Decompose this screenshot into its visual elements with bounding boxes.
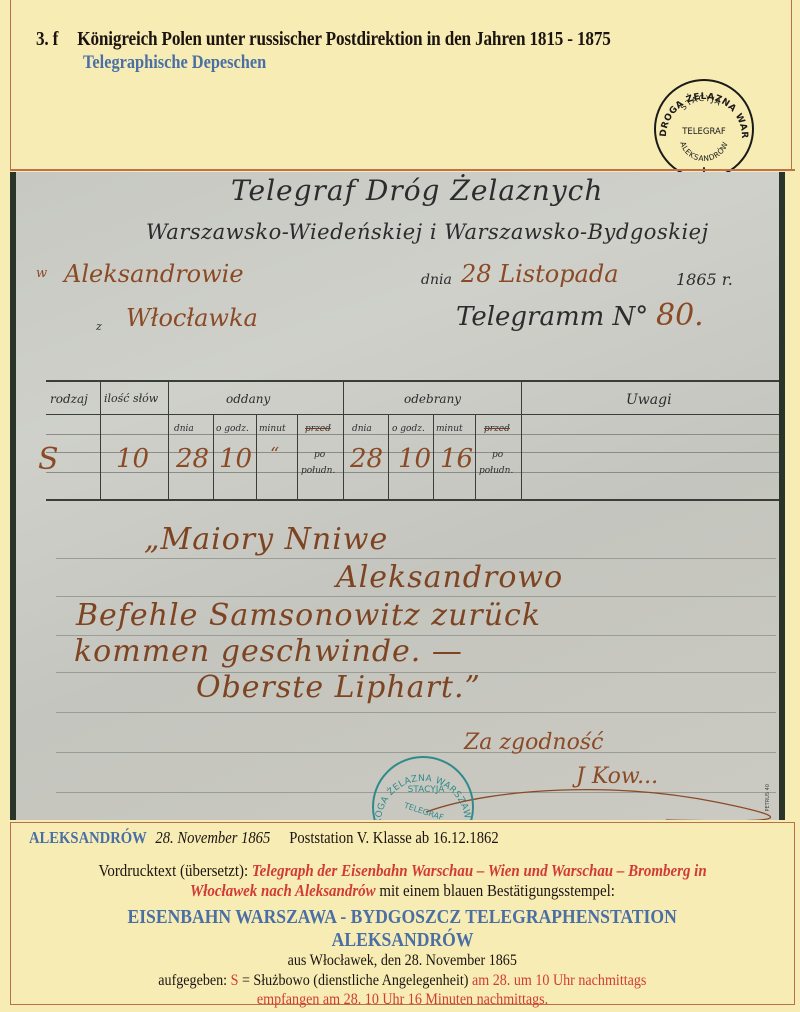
top-divider	[10, 169, 795, 171]
place-handwritten: Aleksandrowie	[64, 260, 244, 288]
col-odebrany: odebrany	[404, 392, 461, 406]
stamp-transcription-2: ALEKSANDRÓW	[11, 929, 794, 952]
sub-godz-2: o godz.	[392, 424, 425, 434]
col-rodzaj: rodzaj	[50, 392, 88, 406]
blue-stamp-center: TELEGRAF	[402, 801, 445, 820]
vordruck-label: Vordrucktext (übersetzt):	[98, 861, 248, 880]
val-ilosc-slow: 10	[116, 444, 149, 474]
col-uwagi: Uwagi	[626, 392, 672, 408]
sub-dnia-2: dnia	[352, 424, 372, 434]
post-station: Poststation V. Klasse ab 16.12.1862	[289, 828, 498, 847]
vordruck-tail: mit einem blauen Bestätigungsstempel:	[376, 881, 615, 900]
blue-stamp-inner: STACYJA	[408, 785, 446, 795]
confirmation-text: Za zgodność	[464, 730, 603, 755]
printer-mark: PETRUS 40	[765, 784, 771, 812]
sub-po-2: po	[492, 450, 503, 460]
val-rodzaj: S	[38, 442, 59, 477]
stamp-center: TELEGRAF	[681, 127, 726, 137]
sub-godz-1: o godz.	[216, 424, 249, 434]
val-oddany-minut: “	[270, 444, 279, 465]
location: ALEKSANDRÓW	[29, 828, 147, 847]
col-ilosc-slow: ilość słów	[104, 392, 158, 405]
description-header: ALEKSANDRÓW28. November 1865Poststation …	[29, 828, 499, 848]
telegram-number-label: Telegramm N°	[456, 302, 648, 332]
from-handwritten: Włocławka	[126, 304, 258, 332]
type-description: = Służbowo (dienstliche Angelegenheit)	[239, 972, 473, 989]
origin-line: aus Włocławek, den 28. November 1865	[11, 952, 794, 970]
place-prefix: w	[36, 266, 47, 281]
vordruck-translation-2: Włocławek nach Aleksandrów	[190, 881, 376, 900]
col-oddany: oddany	[226, 392, 270, 406]
album-page: 3. fKönigreich Polen unter russischer Po…	[0, 0, 800, 1012]
sub-przed-1: przed	[305, 424, 331, 434]
sub-po-1: po	[314, 450, 325, 460]
svg-text:ALEKSANDRÓW: ALEKSANDRÓW	[678, 140, 730, 163]
date-handwritten: 28 Listopada	[461, 260, 619, 288]
val-oddany-godz: 10	[219, 444, 252, 474]
sub-minut-2: minut	[436, 424, 463, 434]
empfangen-line: empfangen am 28. 10 Uhr 16 Minuten nachm…	[11, 991, 794, 1009]
vordruck-translation-1: Telegraph der Eisenbahn Warschau – Wien …	[252, 861, 707, 880]
val-oddany-dnia: 28	[176, 444, 209, 474]
aufgegeben-time: am 28. um 10 Uhr nachmittags	[472, 972, 646, 989]
from-prefix: z	[96, 320, 102, 333]
description-panel: ALEKSANDRÓW28. November 1865Poststation …	[10, 822, 795, 1005]
val-odebrany-minut: 16	[440, 444, 473, 474]
sub-minut-1: minut	[259, 424, 286, 434]
message-line-3: Befehle Samsonowitz zurück	[76, 598, 541, 633]
val-odebrany-dnia: 28	[350, 444, 383, 474]
telegram-number: 80.	[656, 298, 704, 333]
message-line-2: Aleksandrowo	[336, 560, 563, 595]
sub-poludn-1: połudn.	[301, 466, 335, 476]
stamp-transcription-1: EISENBAHN WARSZAWA - BYDGOSZCZ TELEGRAPH…	[11, 906, 794, 929]
title-text: Königreich Polen unter russischer Postdi…	[77, 28, 610, 50]
form-printed-title: Telegraf Dróg Żelaznych	[231, 174, 603, 207]
year: 1865 r.	[676, 270, 733, 289]
form-printed-subtitle: Warszawsko-Wiedeńskiej i Warszawsko-Bydg…	[146, 220, 709, 244]
page-title: 3. fKönigreich Polen unter russischer Po…	[36, 28, 611, 51]
sub-dnia-1: dnia	[174, 424, 194, 434]
cancel-date: 28. November 1865	[155, 828, 270, 847]
date-label: dnia	[421, 272, 452, 288]
stamp-inner-bottom: ALEKSANDRÓW	[678, 140, 730, 163]
section-number: 3. f	[36, 28, 77, 51]
telegram-form: Telegraf Dróg Żelaznych Warszawsko-Wiede…	[10, 172, 785, 820]
val-odebrany-godz: 10	[398, 444, 431, 474]
telegraph-stamp-blue: DROGA ŻELAZNA WARSZAWSKO-B STACYJA TELEG…	[368, 752, 478, 820]
page-subtitle: Telegraphische Depeschen	[83, 52, 266, 74]
message-line-4: kommen geschwinde. —	[74, 634, 463, 669]
message-line-5: Oberste Liphart.”	[196, 670, 481, 705]
telegraph-stamp-black: DROGA ŻELAZNA WARSZAWSKO-BYDGOSKA STACYJ…	[652, 77, 756, 181]
aufgegeben-label: aufgegeben:	[158, 972, 227, 989]
sub-poludn-2: połudn.	[479, 466, 513, 476]
message-line-1: „Maiory Nniwe	[144, 522, 388, 557]
sub-przed-2: przed	[484, 424, 510, 434]
